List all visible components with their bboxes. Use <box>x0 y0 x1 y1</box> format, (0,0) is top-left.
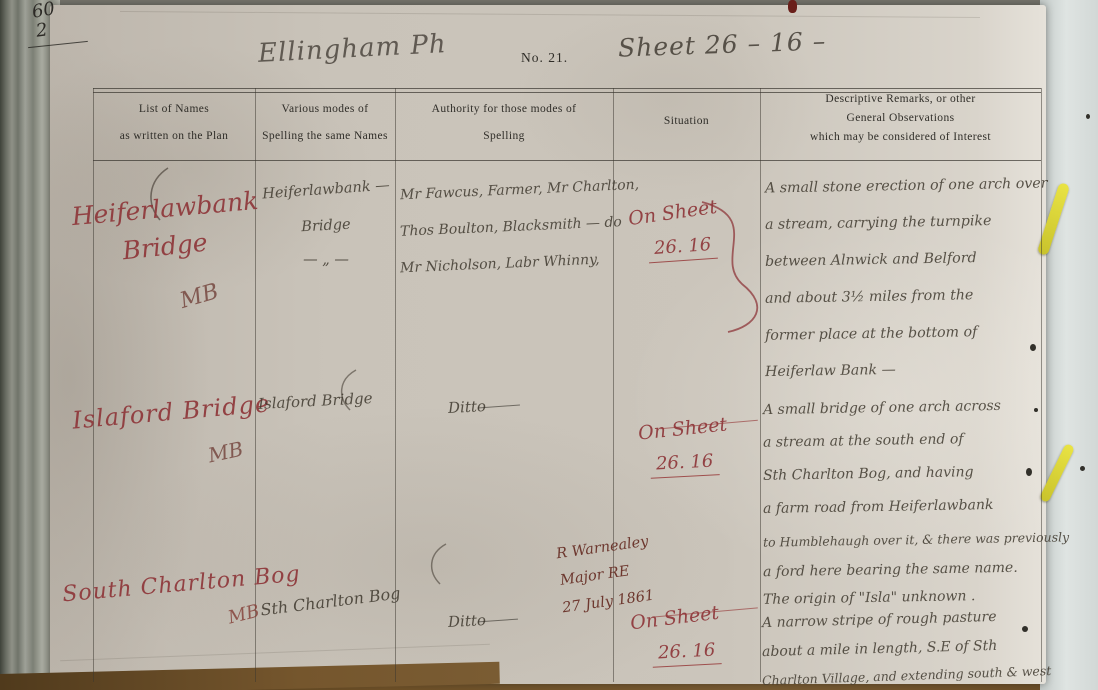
table-top-rule-outer <box>93 88 1041 89</box>
binding-hole <box>1022 626 1028 632</box>
column-header-authority: Authority for those modes of Spelling <box>395 96 613 150</box>
column-header-situation: Situation <box>613 108 760 135</box>
table-header-bottom-rule <box>93 160 1041 161</box>
row1-spelling-ditto-mark: — „ — <box>256 252 396 268</box>
binding-hole <box>1086 114 1090 119</box>
header-sheet-number-printed: No. 21. <box>521 50 568 66</box>
binding-hole <box>1034 408 1038 412</box>
column-header-spelling: Various modes of Spelling the same Names <box>255 96 395 150</box>
row2-situation-sheet-ref: 26. 16 <box>649 450 719 475</box>
binding-hole <box>1030 344 1036 351</box>
underlying-page-edge <box>1040 0 1098 690</box>
column-divider-situation-remarks <box>760 88 761 682</box>
ink-blot-top-edge <box>788 0 797 13</box>
ink-flourish <box>420 542 454 586</box>
row1-remarks-line6: Heiferlaw Bank — <box>765 362 896 380</box>
binding-hole <box>1026 468 1032 476</box>
row3-situation-sheet-ref: 26. 16 <box>651 639 721 664</box>
column-header-names: List of Names as written on the Plan <box>93 96 255 150</box>
binding-hole <box>1080 466 1085 471</box>
column-header-remarks: Descriptive Remarks, or other General Ob… <box>760 90 1041 147</box>
column-divider-names-spelling <box>255 88 256 682</box>
scanned-ledger-photo: 60 2 Ellingham Ph No. 21. Sheet 26 – 16 … <box>0 0 1098 690</box>
